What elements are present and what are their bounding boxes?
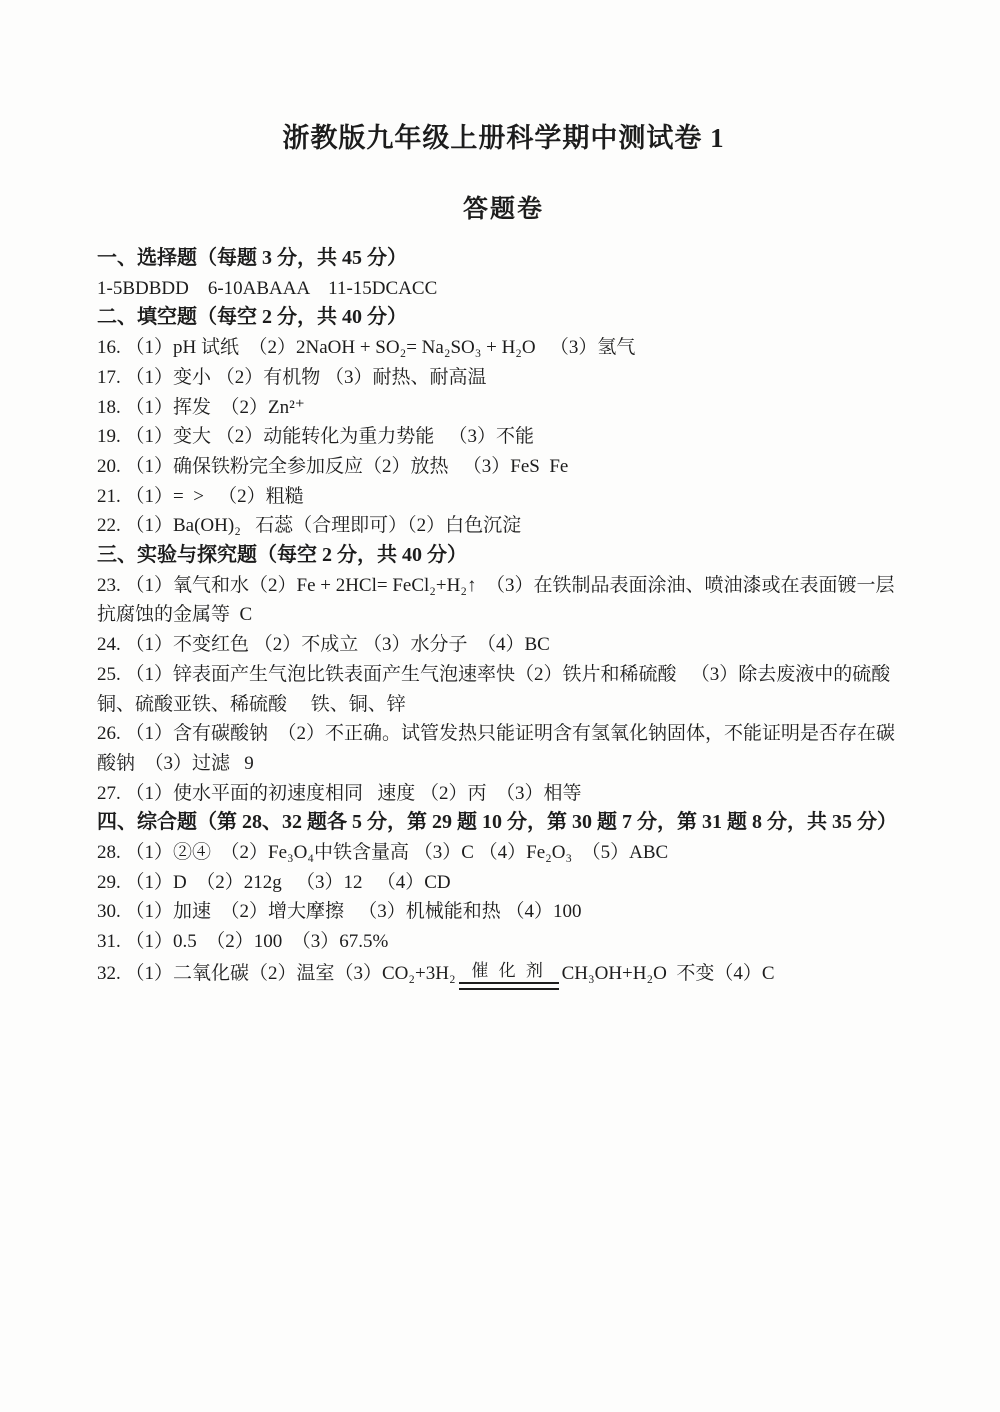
answer-line: 27. （1）使水平面的初速度相同 速度 （2）丙 （3）相等 <box>97 779 910 809</box>
reaction-condition-line <box>459 982 559 990</box>
answer-line: 22. （1）Ba(OH)₂ 石蕊（合理即可）（2）白色沉淀 <box>97 511 910 541</box>
answer-line-equation: 32. （1）二氧化碳（2）温室（3）CO₂+3H₂催 化 剂CH₃OH+H₂O… <box>97 959 910 990</box>
document-subtitle: 答题卷 <box>97 189 910 225</box>
answer-line: 29. （1）D （2）212g （3）12 （4）CD <box>97 868 910 898</box>
section-heading-experiment: 三、实验与探究题（每空 2 分，共 40 分） <box>97 541 910 571</box>
answer-line: 30. （1）加速 （2）增大摩擦 （3）机械能和热 （4）100 <box>97 897 910 927</box>
answer-line: 1-5BDBDD 6-10ABAAA 11-15DCACC <box>97 274 910 304</box>
equation-suffix: CH₃OH+H₂O 不变（4）C <box>562 963 775 984</box>
answer-line: 20. （1）确保铁粉完全参加反应（2）放热 （3）FeS Fe <box>97 452 910 482</box>
answer-line: 28. （1）②④ （2）Fe₃O₄中铁含量高 （3）C （4）Fe₂O₃ （5… <box>97 838 910 868</box>
answer-line: 26. （1）含有碳酸钠 （2）不正确。试管发热只能证明含有氢氧化钠固体，不能证… <box>97 719 910 778</box>
answer-line: 24. （1）不变红色 （2）不成立 （3）水分子 （4）BC <box>97 630 910 660</box>
section-heading-choice: 一、选择题（每题 3 分，共 45 分） <box>97 244 910 274</box>
answer-line: 17. （1）变小 （2）有机物 （3）耐热、耐高温 <box>97 363 910 393</box>
answer-line: 18. （1）挥发 （2）Zn²⁺ <box>97 393 910 423</box>
answer-line: 21. （1）= > （2）粗糙 <box>97 482 910 512</box>
reaction-condition: 催 化 剂 <box>459 961 559 990</box>
section-heading-fill: 二、填空题（每空 2 分，共 40 分） <box>97 303 910 333</box>
answer-line: 25. （1）锌表面产生气泡比铁表面产生气泡速率快（2）铁片和稀硫酸 （3）除去… <box>97 660 910 719</box>
document-page: 浙教版九年级上册科学期中测试卷 1 答题卷 一、选择题（每题 3 分，共 45 … <box>0 0 1000 1412</box>
answer-line: 31. （1）0.5 （2）100 （3）67.5% <box>97 927 910 957</box>
answer-line: 16. （1）pH 试纸 （2）2NaOH + SO₂= Na₂SO₃ + H₂… <box>97 333 910 363</box>
answer-line: 19. （1）变大 （2）动能转化为重力势能 （3）不能 <box>97 422 910 452</box>
catalyst-condition-label: 催 化 剂 <box>471 961 546 981</box>
section-heading-comprehensive: 四、综合题（第 28、32 题各 5 分，第 29 题 10 分，第 30 题 … <box>97 808 910 838</box>
document-title: 浙教版九年级上册科学期中测试卷 1 <box>97 116 910 155</box>
equation-prefix: 32. （1）二氧化碳（2）温室（3）CO₂+3H₂ <box>97 963 456 984</box>
answer-line: 23. （1）氧气和水（2）Fe + 2HCl= FeCl₂+H₂↑ （3）在铁… <box>97 571 910 630</box>
